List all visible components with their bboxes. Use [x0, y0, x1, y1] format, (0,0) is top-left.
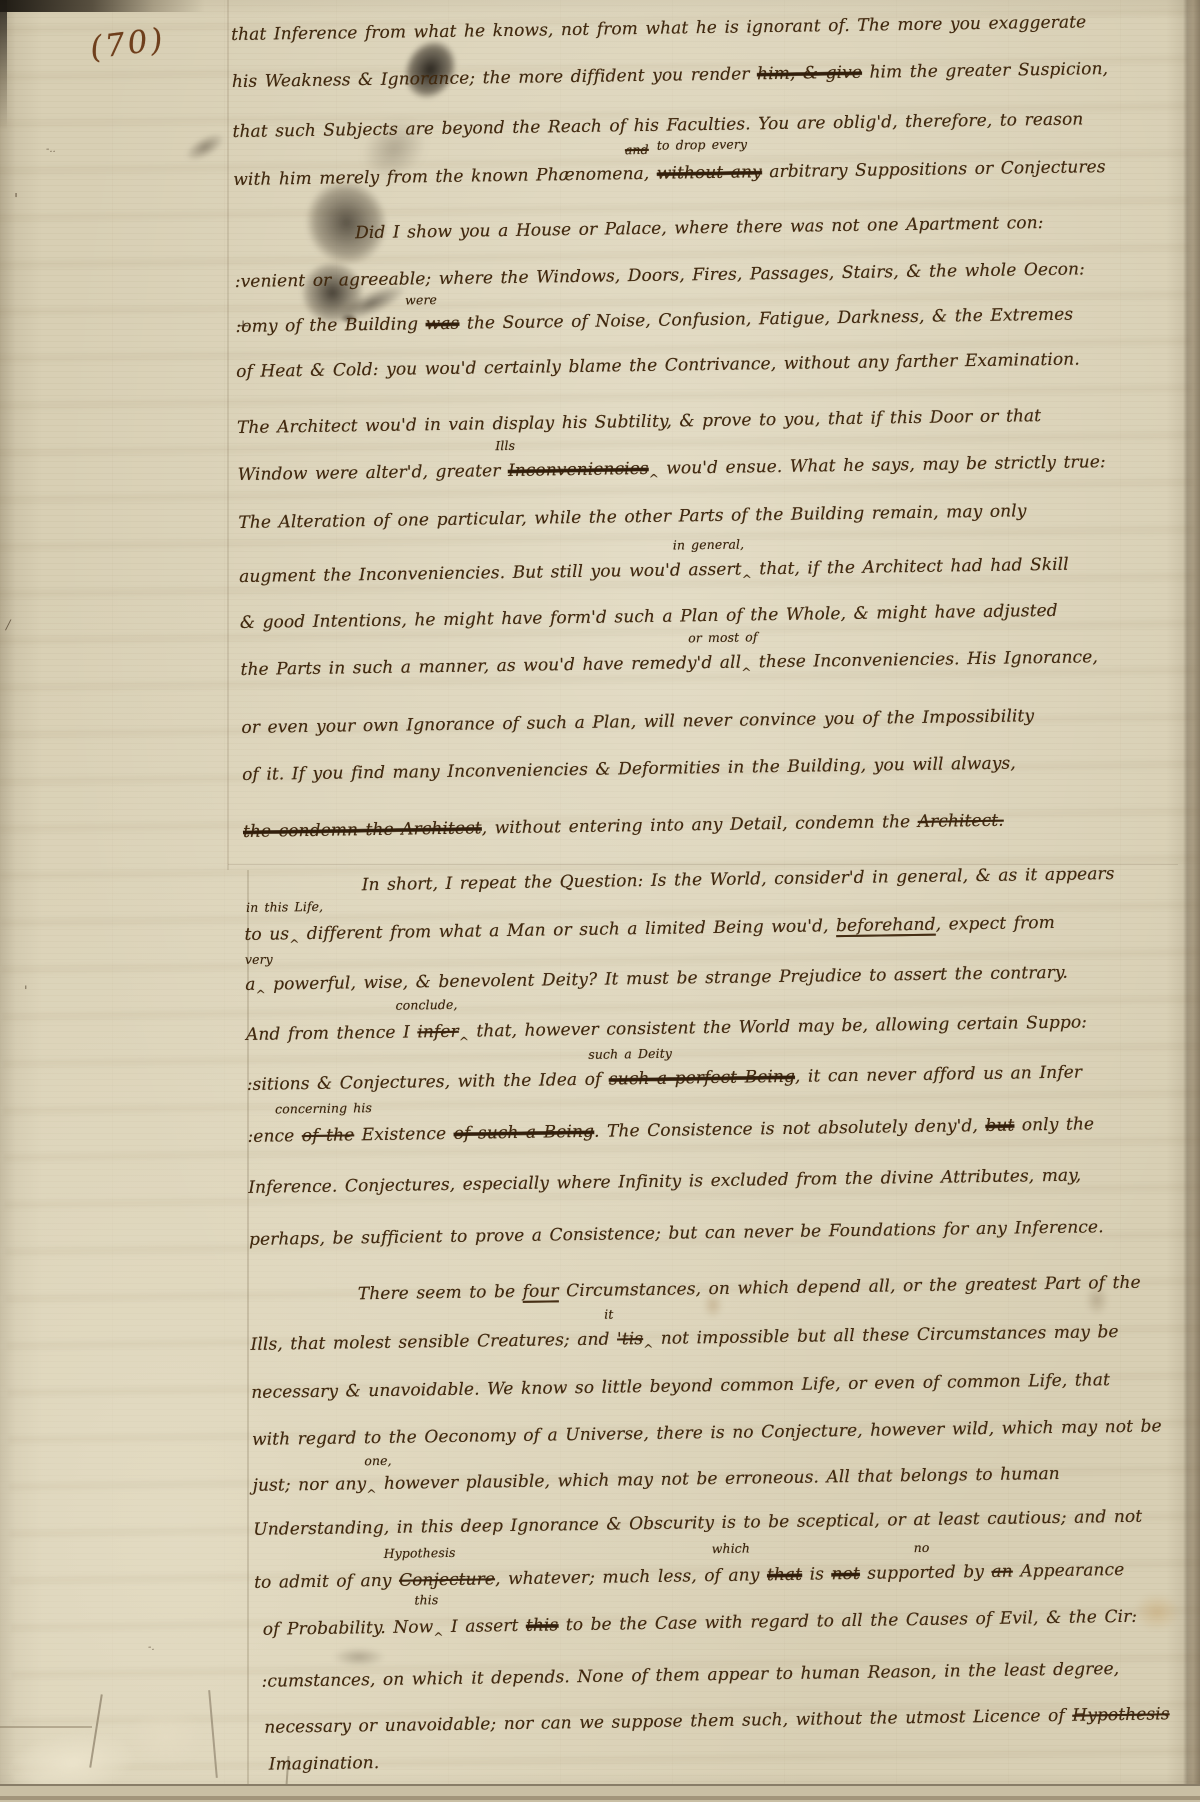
text-run: these Inconveniencies. His Ignorance, — [751, 647, 1098, 672]
text-run: necessary or unavoidable; nor can we sup… — [264, 1706, 1072, 1738]
caret-mark: ^ — [366, 1487, 376, 1501]
text-run: Ills, that molest sensible Creatures; an… — [250, 1329, 617, 1354]
text-run: , it can never afford us an Infer — [795, 1063, 1082, 1087]
text-run: Imagination. — [269, 1753, 380, 1775]
manuscript-line-16: of it. If you find many Inconveniencies … — [242, 753, 1016, 784]
text-run: arbitrary Suppositions or Conjectures — [762, 157, 1106, 182]
text-run: of it. If you find many Inconveniencies … — [242, 753, 1016, 784]
manuscript-line-27: Ills, that molest sensible Creatures; an… — [250, 1322, 1118, 1362]
ins-run: it — [604, 1307, 613, 1322]
manuscript-line-33: of Probability. Now^ I assert this to be… — [263, 1607, 1138, 1647]
ins-run: such a Deity — [588, 1046, 672, 1062]
text-run: supported by — [860, 1562, 992, 1584]
text-run: There seem to be — [358, 1282, 523, 1304]
text-run: his Weakness & Ignorance; the more diffi… — [232, 64, 758, 92]
text-run: Window were alter'd, greater — [238, 461, 509, 485]
manuscript-line-26: There seem to be four Circumstances, on … — [358, 1273, 1141, 1305]
ins-run: no — [914, 1540, 930, 1555]
text-run: Appearance — [1013, 1560, 1125, 1582]
strike-run: Hypothesis — [1072, 1704, 1170, 1725]
heavy-run: without any — [657, 162, 762, 184]
ins-run: one, — [364, 1453, 392, 1468]
text-run: , without entering into any Detail, cond… — [481, 812, 917, 838]
text-run: , whatever; much less, of any — [495, 1565, 767, 1589]
manuscript-line-17: the condemn the Architect, without enter… — [243, 811, 1004, 842]
manuscript-line-6: :venient or agreeable; where the Windows… — [235, 259, 1085, 292]
text-run: And from thence I — [246, 1022, 418, 1045]
text-run: augment the Inconveniencies. But still y… — [239, 560, 742, 587]
text-run: . The Consistence is not absolutely deny… — [594, 1116, 986, 1142]
manuscript-line-36: Imagination. — [269, 1753, 380, 1775]
caret-mark: ^ — [649, 472, 659, 486]
text-run: the Source of Noise, Confusion, Fatigue,… — [459, 305, 1073, 334]
ins-run: concerning his — [275, 1100, 372, 1116]
manuscript-line-19: in this Life,to us^ different from what … — [244, 913, 1055, 952]
ins-run: this — [414, 1592, 438, 1607]
text-run: Circumstances, on which depend all, or t… — [559, 1273, 1141, 1302]
caret-mark: ^ — [741, 665, 751, 679]
strike-run: Conjecture — [399, 1569, 495, 1590]
text-run: to admit of any — [254, 1571, 399, 1593]
caret-mark: ^ — [742, 572, 752, 586]
ins-run: very — [245, 952, 273, 967]
heavy-run: the condemn the Architect — [243, 818, 482, 842]
heavy-run: was — [426, 314, 460, 334]
text-run: Inference. Conjectures, especially where… — [248, 1166, 1081, 1198]
text-run: with regard to the Oeconomy of a Univers… — [252, 1416, 1162, 1449]
manuscript-line-22: :sitions & Conjectures, with the Idea of… — [247, 1063, 1083, 1095]
caret-mark: ^ — [289, 937, 299, 951]
heavy-run: of such a Being — [454, 1122, 595, 1144]
manuscript-line-28: necessary & unavoidable. We know so litt… — [251, 1370, 1110, 1403]
heavy-run: but — [985, 1116, 1014, 1136]
text-run: :sitions & Conjectures, with the Idea of — [247, 1070, 609, 1095]
text-run: or even your own Ignorance of such a Pla… — [241, 706, 1034, 738]
text-run: that Inference from what he knows, not f… — [231, 12, 1086, 45]
manuscript-text: that Inference from what he knows, not f… — [0, 0, 1200, 1800]
text-run: with him merely from the known Phænomena… — [233, 164, 657, 190]
manuscript-line-32: to admit of any Conjecture, whatever; mu… — [254, 1560, 1124, 1593]
text-run: of Probability. Now — [263, 1617, 434, 1640]
manuscript-line-34: :cumstances, on which it depends. None o… — [261, 1659, 1119, 1692]
manuscript-line-11: The Alteration of one particular, while … — [238, 501, 1026, 533]
manuscript-line-13: & good Intentions, he might have form'd … — [240, 601, 1058, 633]
text-run: to us — [244, 924, 289, 945]
ins-run: Ills — [495, 438, 515, 453]
strike-run: of the — [302, 1125, 355, 1146]
manuscript-line-15: or even your own Ignorance of such a Pla… — [241, 706, 1034, 738]
text-run: perhaps, be sufficient to prove a Consis… — [249, 1217, 1104, 1250]
ins-run: were — [405, 292, 437, 307]
text-run: The Alteration of one particular, while … — [238, 501, 1026, 533]
text-run: however plausible, which may not be erro… — [376, 1464, 1060, 1494]
manuscript-line-20: verya^ powerful, wise, & benevolent Deit… — [245, 963, 1068, 1002]
text-run: him the greater Suspicion, — [862, 59, 1108, 83]
text-run: :omy of the Building — [235, 314, 426, 337]
manuscript-line-2: his Weakness & Ignorance; the more diffi… — [232, 59, 1108, 92]
heavy-run: such a perfect Being — [609, 1067, 795, 1090]
caret-mark: ^ — [643, 1342, 653, 1356]
manuscript-line-7: :omy of the Building was the Source of N… — [235, 305, 1073, 337]
text-run: , expect from — [935, 913, 1055, 935]
manuscript-line-18: In short, I repeat the Question: Is the … — [362, 864, 1115, 895]
text-run: In short, I repeat the Question: Is the … — [362, 864, 1115, 895]
text-run: Did I show you a House or Palace, where … — [355, 213, 1044, 243]
text-run: is — [802, 1564, 832, 1584]
text-run: just; nor any — [253, 1474, 367, 1496]
text-run: that, if the Architect had had Skill — [752, 555, 1069, 580]
strike-run: infer — [417, 1022, 459, 1043]
text-run: Existence — [354, 1124, 454, 1145]
text-run: & good Intentions, he might have form'd … — [240, 601, 1058, 633]
text-run: The Architect wou'd in vain display his … — [237, 406, 1041, 438]
text-run: a — [245, 975, 256, 995]
strike-run: an — [991, 1562, 1013, 1582]
ins-run: or most of — [688, 629, 758, 645]
manuscript-line-8: of Heat & Cold: you wou'd certainly blam… — [236, 349, 1080, 382]
u-run: four — [523, 1281, 559, 1302]
ins-run: which — [712, 1541, 751, 1557]
text-run: of Heat & Cold: you wou'd certainly blam… — [236, 349, 1080, 382]
text-run: :cumstances, on which it depends. None o… — [261, 1659, 1119, 1692]
text-run: the Parts in such a manner, as wou'd hav… — [240, 653, 741, 680]
text-run: powerful, wise, & benevolent Deity? It m… — [266, 963, 1069, 995]
manuscript-line-24: Inference. Conjectures, especially where… — [248, 1166, 1081, 1198]
manuscript-line-12: augment the Inconveniencies. But still y… — [239, 555, 1069, 594]
text-run: Understanding, in this deep Ignorance & … — [253, 1507, 1142, 1540]
text-run: :venient or agreeable; where the Windows… — [235, 259, 1085, 292]
text-run: that, however consistent the World may b… — [469, 1012, 1087, 1041]
strike-run: Architect. — [918, 811, 1004, 832]
manuscript-line-29: with regard to the Oeconomy of a Univers… — [252, 1416, 1162, 1449]
caret-mark: ^ — [459, 1035, 469, 1049]
text-run: I assert — [443, 1616, 526, 1637]
text-run: necessary & unavoidable. We know so litt… — [251, 1370, 1110, 1403]
caret-mark: ^ — [433, 1630, 443, 1644]
manuscript-line-31: Understanding, in this deep Ignorance & … — [253, 1507, 1142, 1540]
ins-run: conclude, — [395, 997, 457, 1013]
ins-strike-run: and — [625, 142, 649, 157]
manuscript-line-30: just; nor any^ however plausible, which … — [253, 1464, 1060, 1503]
heavy-run: this — [526, 1615, 559, 1635]
strike-run: 'tis — [617, 1329, 643, 1349]
manuscript-line-4: with him merely from the known Phænomena… — [233, 157, 1106, 190]
manuscript-line-10: Window were alter'd, greater Inconvenien… — [238, 452, 1106, 492]
ins-run: to drop every — [657, 136, 747, 152]
heavy-run: that — [767, 1565, 802, 1586]
manuscript-line-5: Did I show you a House or Palace, where … — [355, 213, 1044, 243]
text-run: not impossible but all these Circumstanc… — [653, 1322, 1119, 1349]
manuscript-line-35: necessary or unavoidable; nor can we sup… — [264, 1704, 1170, 1737]
ins-run: in general, — [673, 536, 745, 552]
ins-run: in this Life, — [246, 899, 323, 915]
text-run: wou'd ensue. What he says, may be strict… — [659, 452, 1106, 479]
manuscript-line-23: :ence of the Existence of such a Being. … — [247, 1114, 1094, 1147]
manuscript-line-1: that Inference from what he knows, not f… — [231, 12, 1086, 45]
text-run: different from what a Man or such a limi… — [299, 916, 836, 944]
heavy-run: him, & give — [757, 63, 862, 85]
text-run: to be the Case with regard to all the Ca… — [558, 1607, 1137, 1636]
heavy-run: not — [831, 1564, 860, 1584]
text-run: :ence — [247, 1126, 302, 1147]
manuscript-line-25: perhaps, be sufficient to prove a Consis… — [249, 1217, 1104, 1250]
ins-run: Hypothesis — [384, 1545, 456, 1561]
manuscript-line-14: the Parts in such a manner, as wou'd hav… — [240, 647, 1098, 687]
manuscript-line-9: The Architect wou'd in vain display his … — [237, 406, 1041, 438]
u-run: beforehand — [836, 915, 936, 936]
text-run: only the — [1014, 1114, 1094, 1135]
manuscript-page: (70) +'/'-..-. that Inference from what … — [0, 0, 1200, 1800]
heavy-run: Inconveniencies — [508, 459, 649, 481]
